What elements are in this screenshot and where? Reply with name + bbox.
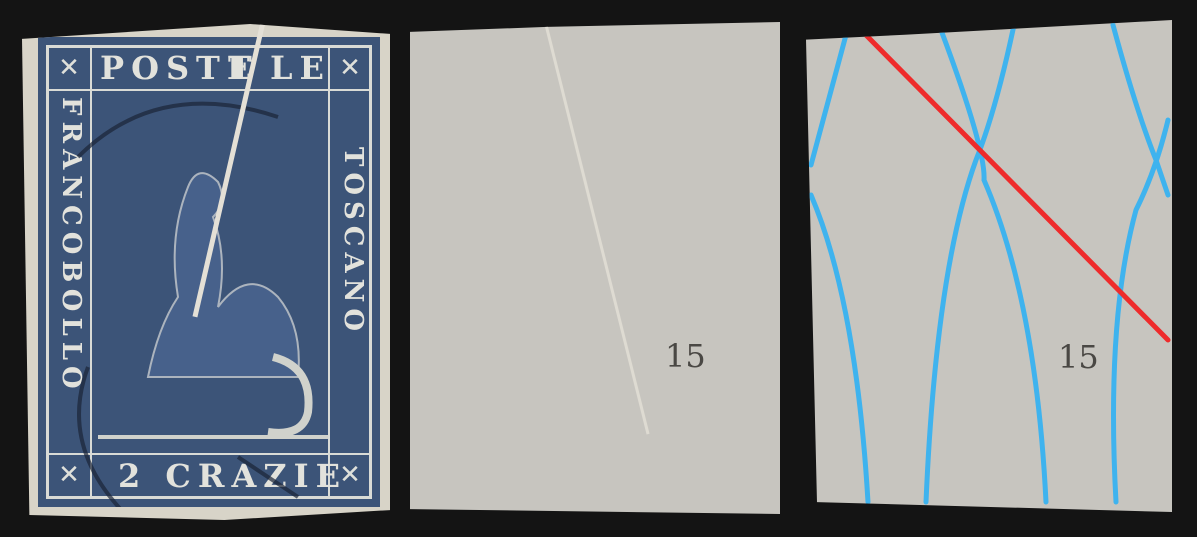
pencil-mark: 15 — [665, 337, 706, 375]
stamp-back: 15 — [410, 22, 780, 514]
stamp-back-annotated: 15 — [806, 20, 1172, 512]
annotation-lines — [806, 20, 1172, 512]
stamp-front: ✕ ✕ ✕ ✕ POSTE T LE 2 CRAZIE FRANCOBOLLO … — [22, 24, 390, 520]
paper-crack — [545, 26, 650, 434]
lion-illustration — [38, 37, 380, 507]
red-line — [861, 30, 1168, 340]
stamp-design: ✕ ✕ ✕ ✕ POSTE T LE 2 CRAZIE FRANCOBOLLO … — [38, 37, 380, 507]
